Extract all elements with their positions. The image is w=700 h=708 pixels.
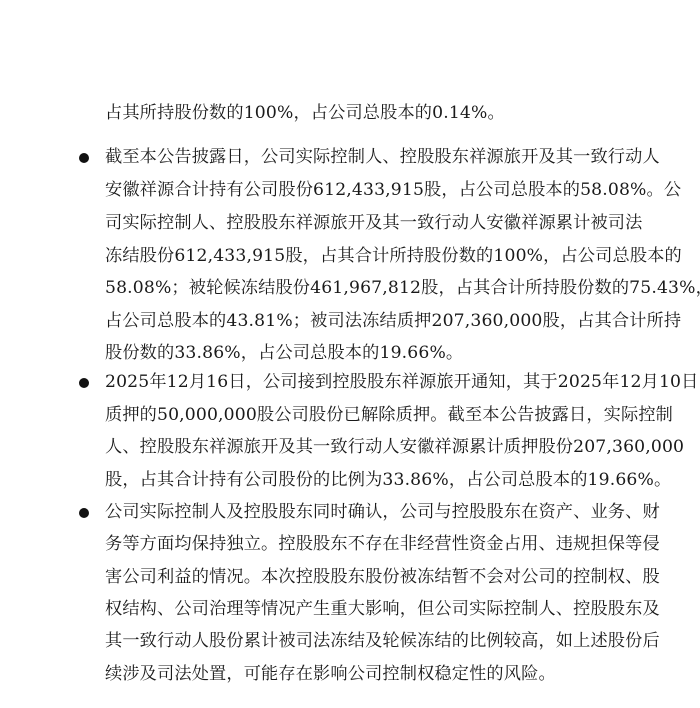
bullet-2-line: 质押的50,000,000股公司股份已解除质押。截至本公告披露日，实际控制	[105, 404, 673, 426]
bullet-2-line: 股，占其合计持有公司股份的比例为33.86%，占公司总股本的19.66%。	[105, 469, 671, 491]
bullet-3-line: 权结构、公司治理等情况产生重大影响，但公司实际控制人、控股股东及	[105, 598, 660, 620]
bullet-1-line: 占公司总股本的43.81%；被司法冻结质押207,360,000股，占其合计所持	[105, 310, 681, 332]
bullet-3-line: 公司实际控制人及控股股东同时确认，公司与控股股东在资产、业务、财	[105, 501, 660, 523]
bullet-icon	[79, 378, 89, 388]
bullet-1-line: 冻结股份612,433,915股，占其合计所持股份数的100%，占公司总股本的	[105, 245, 682, 267]
bullet-1-line: 司实际控制人、控股股东祥源旅开及其一致行动人安徽祥源累计被司法	[105, 212, 642, 234]
bullet-1-line: 截至本公告披露日，公司实际控制人、控股股东祥源旅开及其一致行动人	[105, 146, 660, 168]
bullet-3-line: 务等方面均保持独立。控股股东不存在非经营性资金占用、违规担保等侵	[105, 533, 660, 555]
document-page: 占其所持股份数的100%，占公司总股本的0.14%。 截至本公告披露日，公司实际…	[0, 0, 700, 708]
bullet-1-line: 股份数的33.86%，占公司总股本的19.66%。	[105, 342, 463, 364]
bullet-2-line: 人、控股股东祥源旅开及其一致行动人安徽祥源累计质押股份207,360,000	[105, 436, 684, 458]
bullet-3-line: 害公司利益的情况。本次控股股东股份被冻结暂不会对公司的控制权、股	[105, 566, 660, 588]
bullet-icon	[79, 153, 89, 163]
bullet-3-line: 续涉及司法处置，可能存在影响公司控制权稳定性的风险。	[105, 663, 556, 685]
bullet-1-line: 58.08%；被轮候冻结股份461,967,812股，占其合计所持股份数的75.…	[105, 277, 700, 299]
paragraph-continuation-line: 占其所持股份数的100%，占公司总股本的0.14%。	[105, 102, 505, 124]
bullet-2-line: 2025年12月16日，公司接到控股股东祥源旅开通知，其于2025年12月10日	[105, 371, 698, 393]
bullet-3-line: 其一致行动人股份累计被司法冻结及轮候冻结的比例较高，如上述股份后	[105, 630, 660, 652]
bullet-icon	[79, 508, 89, 518]
bullet-1-line: 安徽祥源合计持有公司股份612,433,915股，占公司总股本的58.08%。公	[105, 179, 681, 201]
